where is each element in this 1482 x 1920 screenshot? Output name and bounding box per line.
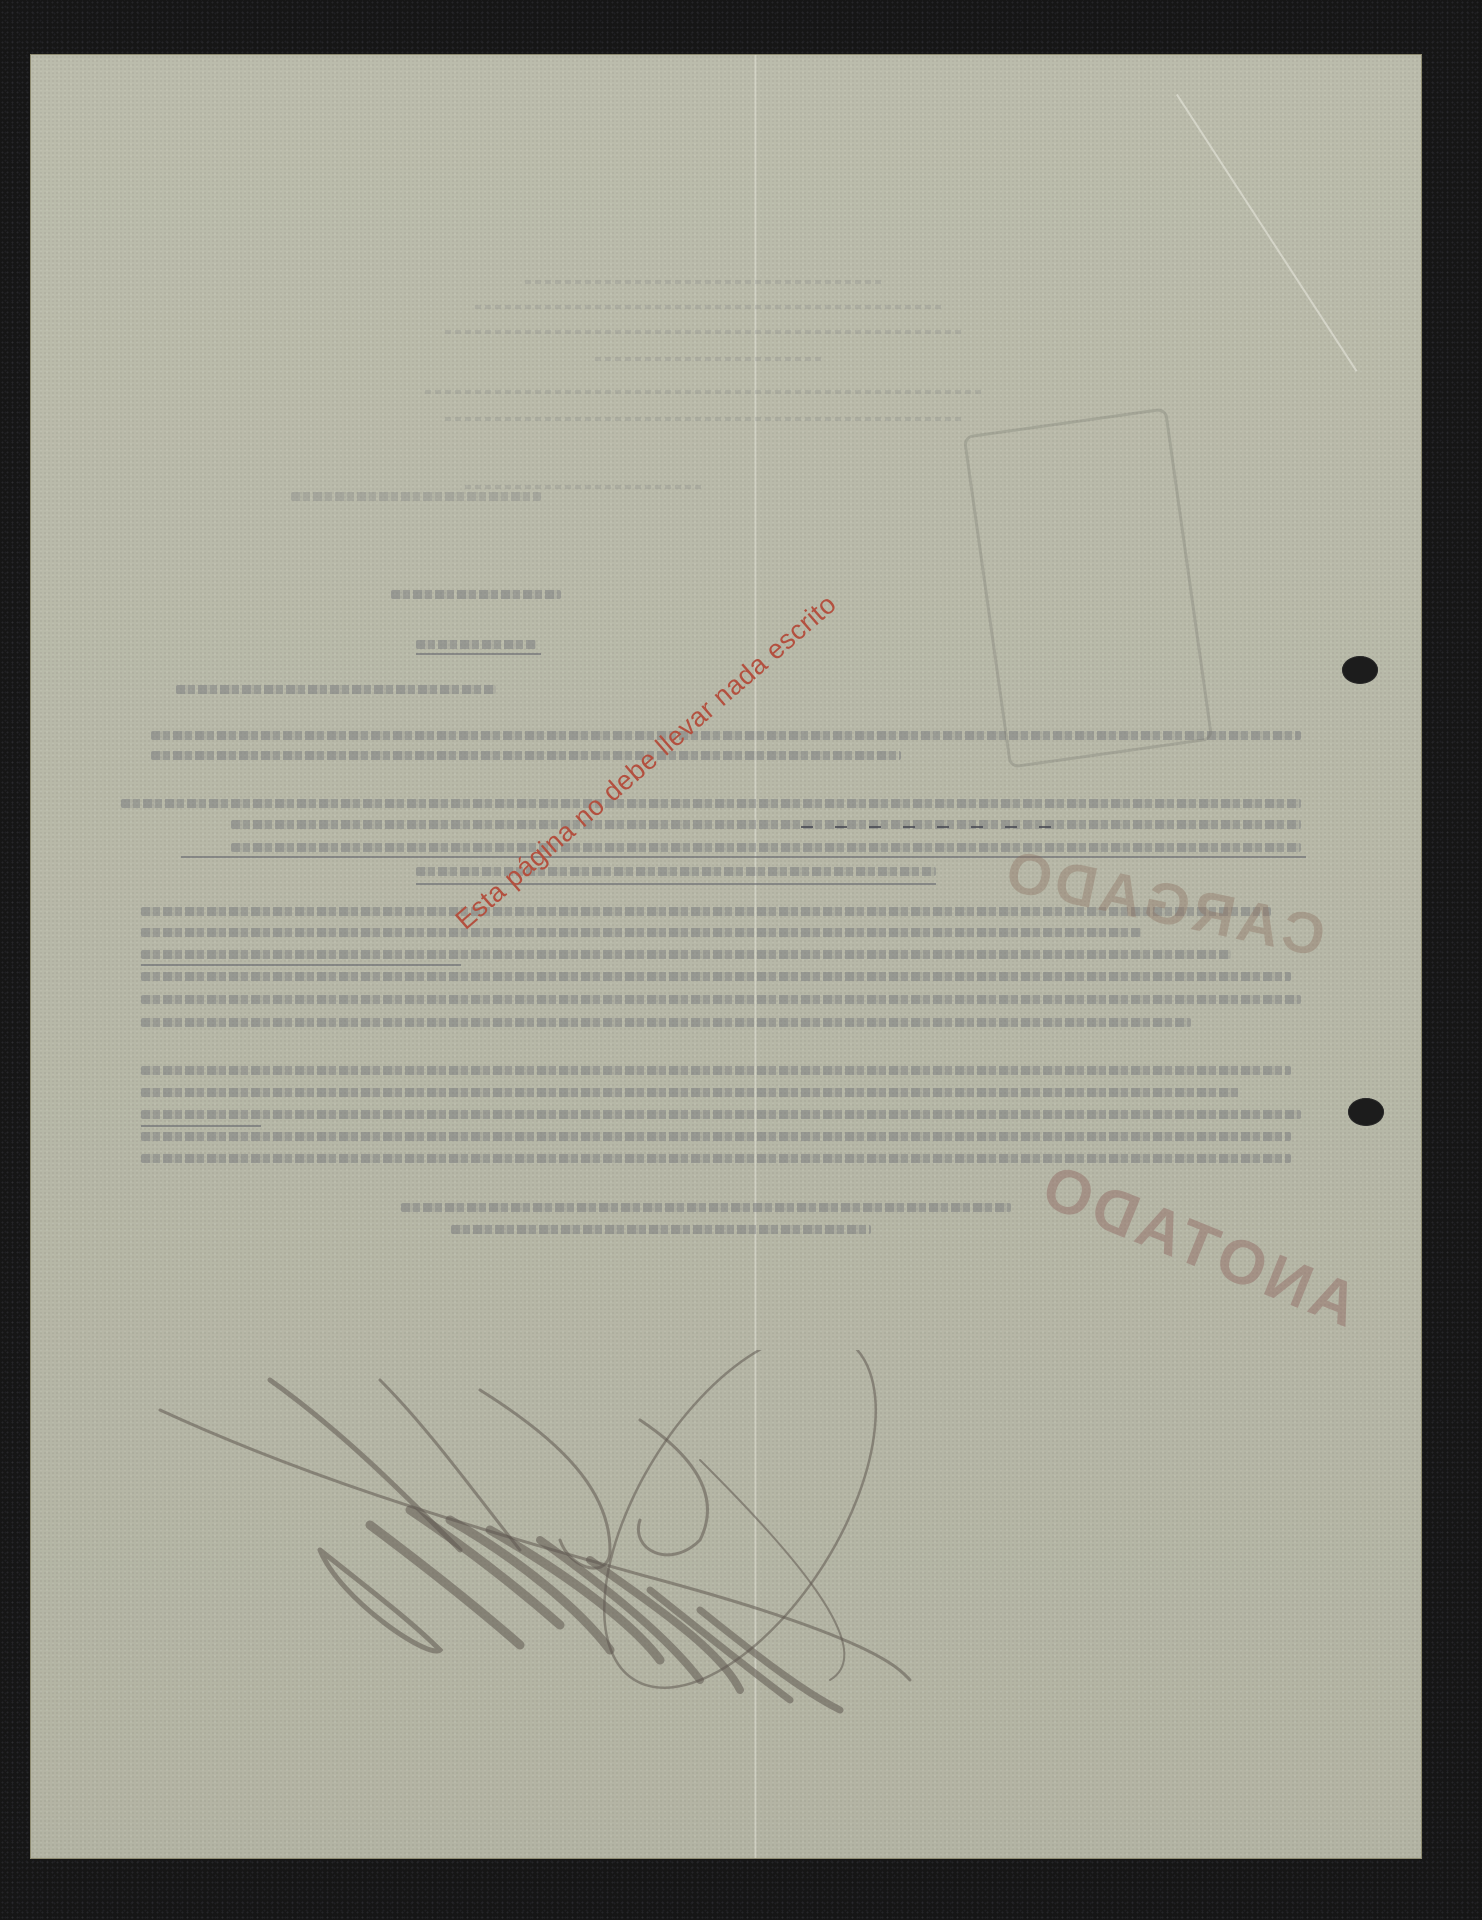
bleed-dash-rule: [801, 826, 1071, 828]
bleed-underline: [141, 1125, 261, 1127]
bleed-underline: [141, 964, 461, 966]
bleed-line: [151, 751, 901, 760]
bleed-line: [176, 685, 496, 694]
bleed-line: [291, 492, 541, 501]
bleed-line: [141, 1088, 1241, 1097]
bleed-line: [141, 1110, 1301, 1119]
bleed-line: [141, 1066, 1291, 1075]
bleed-line: [141, 972, 1291, 981]
bleed-line: [141, 950, 1231, 959]
bleed-line: [141, 995, 1301, 1004]
bleed-line: [231, 843, 1301, 852]
bleed-line: [141, 928, 1141, 937]
bleed-line: [451, 1225, 871, 1234]
bleed-line: [121, 799, 1301, 808]
signature-bleed-through: [140, 1350, 920, 1770]
bleed-line: [401, 1203, 1011, 1212]
bleed-line: [141, 1132, 1291, 1141]
bleed-underline: [181, 856, 1306, 858]
bleed-line: [231, 820, 1301, 829]
bleed-line: [141, 1018, 1191, 1027]
bleed-line: [141, 1154, 1291, 1163]
punch-hole-upper: [1342, 656, 1378, 684]
bleed-line: [416, 640, 536, 649]
bleed-underline: [416, 653, 541, 655]
punch-hole-lower: [1348, 1098, 1384, 1126]
scanned-page: CARGADO ANOTADO Esta página no debe llev…: [0, 0, 1482, 1920]
bleed-line: [391, 590, 561, 599]
